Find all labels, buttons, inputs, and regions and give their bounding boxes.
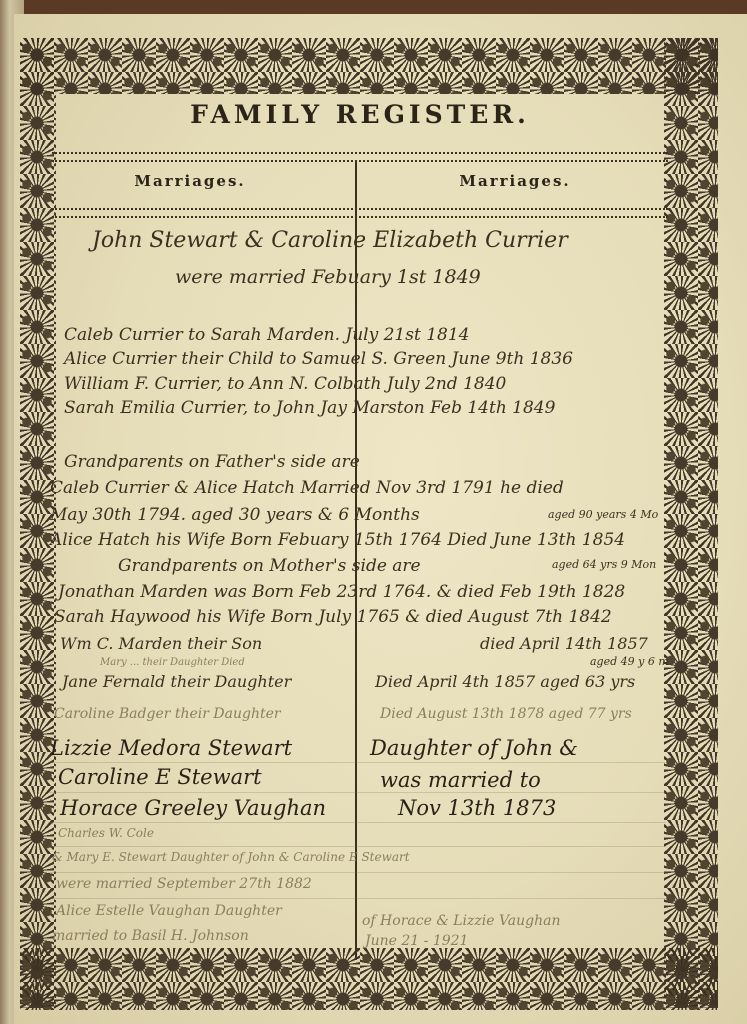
floral-border-bottom: [20, 948, 718, 1010]
entry-currier-marriage: Caleb Currier to Sarah Marden. July 21st…: [64, 325, 469, 345]
fathers-side-age-note: aged 90 years 4 Mo: [548, 508, 658, 521]
fathers-side-line: May 30th 1794. aged 30 years & 6 Months: [50, 505, 420, 525]
mothers-side-son-death: died April 14th 1857: [480, 634, 648, 653]
mothers-side-daughter: Jane Fernald their Daughter: [62, 672, 291, 691]
mothers-side-age-note: aged 64 yrs 9 Mon: [552, 558, 656, 571]
mothers-side-daughter-death: Died August 13th 1878 aged 77 yrs: [380, 706, 632, 722]
entry-currier-marriage: Alice Currier their Child to Samuel S. G…: [64, 349, 573, 369]
entry-stewart-vaughan: was married to: [380, 768, 541, 792]
mothers-side-daughter-death: Died April 4th 1857 aged 63 yrs: [375, 672, 635, 691]
mothers-side-heading: Grandparents on Mother's side are: [118, 556, 421, 576]
entry-vaughan-johnson: married to Basil H. Johnson: [52, 928, 249, 944]
chain-divider-bottom: [52, 208, 668, 218]
entry-stewart-vaughan: Lizzie Medora Stewart: [50, 736, 292, 760]
mothers-side-daughter: Caroline Badger their Daughter: [54, 706, 281, 722]
floral-border-top: [20, 38, 718, 94]
ruled-line: [48, 792, 666, 793]
entry-cole-stewart: & Mary E. Stewart Daughter of John & Car…: [52, 850, 410, 864]
floral-border-right: [664, 38, 718, 1008]
ruled-line: [48, 822, 666, 823]
page-title: FAMILY REGISTER.: [60, 100, 660, 129]
mothers-side-line: Jonathan Marden was Born Feb 23rd 1764. …: [58, 582, 625, 602]
entry-currier-marriage: William F. Currier, to Ann N. Colbath Ju…: [64, 374, 506, 394]
entry-stewart-vaughan: Daughter of John &: [370, 736, 578, 760]
entry-vaughan-johnson: of Horace & Lizzie Vaughan: [362, 913, 561, 929]
mothers-side-faint-note: Mary ... their Daughter Died: [100, 657, 245, 668]
ruled-line: [48, 846, 666, 847]
entry-cole-stewart: were married September 27th 1882: [56, 876, 312, 892]
entry-cole-stewart: Charles W. Cole: [58, 826, 154, 840]
ruled-line: [48, 898, 666, 899]
fathers-side-heading: Grandparents on Father's side are: [64, 452, 360, 472]
fathers-side-line: Caleb Currier & Alice Hatch Married Nov …: [50, 478, 564, 498]
entry-stewart-currier-line1: John Stewart & Caroline Elizabeth Currie…: [92, 228, 568, 253]
fathers-side-line: Alice Hatch his Wife Born Febuary 15th 1…: [50, 530, 625, 550]
entry-stewart-vaughan: Caroline E Stewart: [58, 765, 262, 789]
entry-stewart-vaughan: Nov 13th 1873: [398, 796, 556, 820]
mothers-side-son: Wm C. Marden their Son: [60, 634, 262, 653]
entry-vaughan-johnson: June 21 - 1921: [365, 933, 468, 949]
entry-currier-marriage: Sarah Emilia Currier, to John Jay Marsto…: [64, 398, 555, 418]
column-header-right: Marriages.: [365, 172, 665, 190]
mothers-side-son-age: aged 49 y 6 m: [590, 655, 669, 668]
entry-vaughan-johnson: Alice Estelle Vaughan Daughter: [56, 903, 282, 919]
chain-divider-top: [52, 152, 668, 162]
mothers-side-line: Sarah Haywood his Wife Born July 1765 & …: [54, 607, 612, 627]
ruled-line: [48, 762, 666, 763]
ruled-line: [48, 872, 666, 873]
entry-stewart-vaughan: Horace Greeley Vaughan: [60, 796, 326, 820]
entry-stewart-currier-line2: were married Febuary 1st 1849: [175, 266, 481, 288]
column-header-left: Marriages.: [40, 172, 340, 190]
